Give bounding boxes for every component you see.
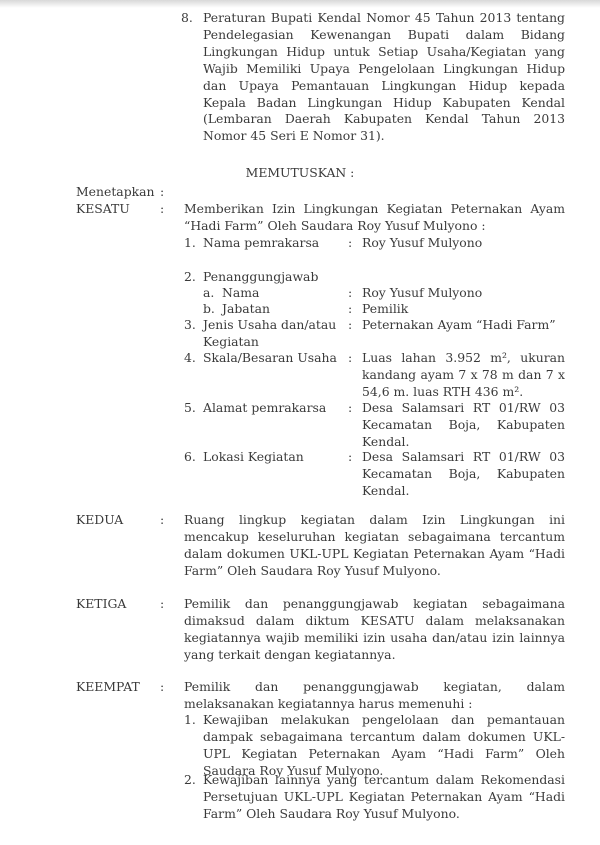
decision-heading: MEMUTUSKAN : <box>0 165 600 182</box>
item-label: Jenis Usaha dan/atau Kegiatan <box>203 317 345 351</box>
item-number: b. <box>203 301 215 318</box>
item-text: Kewajiban melakukan pengelolaan dan pema… <box>203 712 565 780</box>
item-text: Peraturan Bupati Kendal Nomor 45 Tahun 2… <box>203 10 565 145</box>
kedua-label: KEDUA <box>76 512 123 529</box>
item-number: 8. <box>181 10 193 27</box>
ketiga-label: KETIGA <box>76 596 126 613</box>
item-value: Pemilik <box>362 301 565 318</box>
kedua-colon: : <box>160 512 164 529</box>
ketiga-text: Pemilik dan penanggungjawab kegiatan seb… <box>184 596 565 664</box>
menetapkan-label: Menetapkan <box>76 184 155 201</box>
keempat-label: KEEMPAT <box>76 679 140 696</box>
item-label: Lokasi Kegiatan <box>203 449 304 466</box>
item-number: 3. <box>184 317 196 334</box>
item-colon: : <box>348 350 352 367</box>
kesatu-colon: : <box>160 201 164 218</box>
item-number: a. <box>203 285 214 302</box>
item-value: Desa Salamsari RT 01/RW 03 Kecamatan Boj… <box>362 449 565 500</box>
item-colon: : <box>348 449 352 466</box>
item-colon: : <box>348 400 352 417</box>
item-value: Luas lahan 3.952 m², ukuran kandang ayam… <box>362 350 565 401</box>
item-label: Skala/Besaran Usaha <box>203 350 337 367</box>
item-label: Alamat pemrakarsa <box>203 400 326 417</box>
item-value: Peternakan Ayam “Hadi Farm” <box>362 317 565 334</box>
item-value: Roy Yusuf Mulyono <box>362 235 565 252</box>
item-label: Jabatan <box>222 301 270 318</box>
menetapkan-colon: : <box>160 184 164 201</box>
item-label: Penanggungjawab <box>203 269 318 286</box>
item-number: 1. <box>184 235 196 252</box>
kesatu-label: KESATU <box>76 201 130 218</box>
item-number: 6. <box>184 449 196 466</box>
ketiga-colon: : <box>160 596 164 613</box>
item-colon: : <box>348 301 352 318</box>
item-text: Kewajiban lainnya yang tercantum dalam R… <box>203 772 565 823</box>
item-colon: : <box>348 235 352 252</box>
item-label: Nama pemrakarsa <box>203 235 319 252</box>
item-number: 1. <box>184 712 196 729</box>
keempat-colon: : <box>160 679 164 696</box>
item-label: Nama <box>222 285 259 302</box>
kesatu-intro: Memberikan Izin Lingkungan Kegiatan Pete… <box>184 201 565 235</box>
item-number: 4. <box>184 350 196 367</box>
kedua-text: Ruang lingkup kegiatan dalam Izin Lingku… <box>184 512 565 580</box>
item-number: 2. <box>184 772 196 789</box>
scan-top-shadow <box>0 0 600 8</box>
item-colon: : <box>348 317 352 334</box>
item-value: Desa Salamsari RT 01/RW 03 Kecamatan Boj… <box>362 400 565 451</box>
item-number: 5. <box>184 400 196 417</box>
keempat-intro: Pemilik dan penanggungjawab kegiatan, da… <box>184 679 565 713</box>
item-colon: : <box>348 285 352 302</box>
item-number: 2. <box>184 269 196 286</box>
item-value: Roy Yusuf Mulyono <box>362 285 565 302</box>
